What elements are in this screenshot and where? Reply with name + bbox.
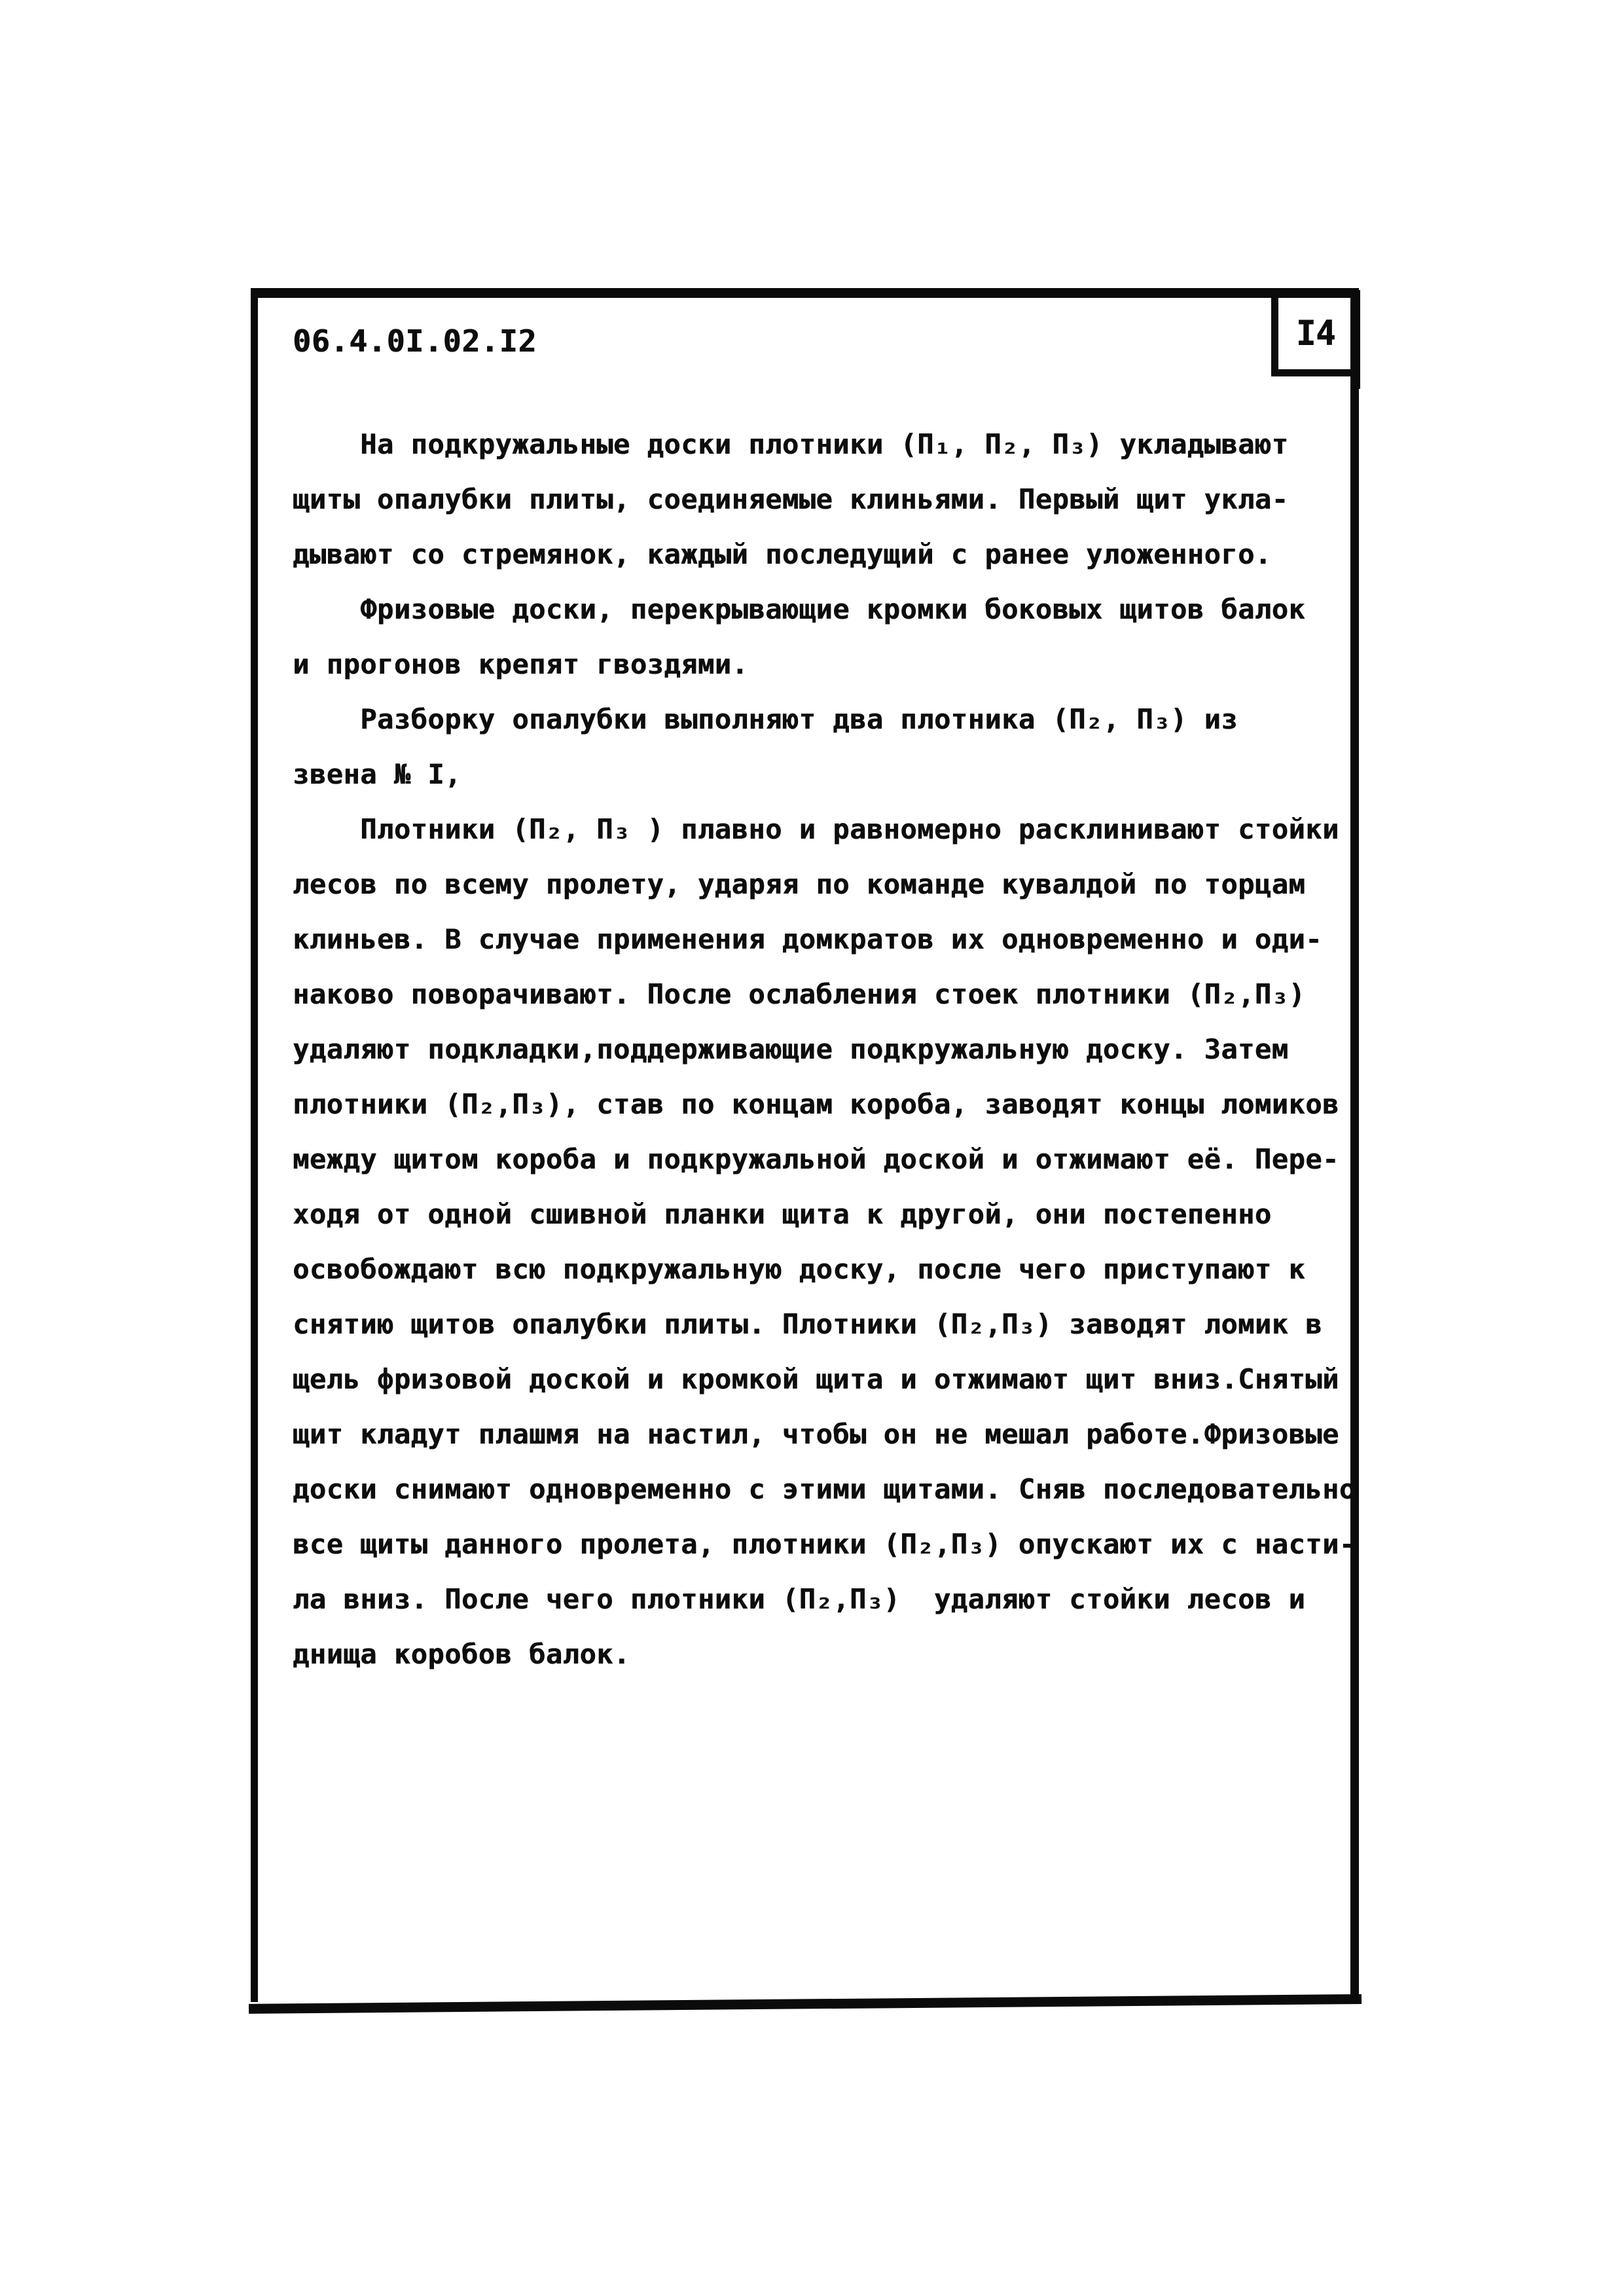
text-line: лесов по всему пролету, ударяя по команд… — [293, 857, 1356, 912]
text-line: Разборку опалубки выполняют два плотника… — [293, 692, 1356, 747]
text-line: дывают со стремянок, каждый последущий с… — [293, 527, 1356, 582]
text-line: плотники (П₂,П₃), став по концам короба,… — [293, 1077, 1356, 1132]
text-line: снятию щитов опалубки плиты. Плотники (П… — [293, 1297, 1356, 1352]
text-line: щиты опалубки плиты, соединяемые клиньям… — [293, 472, 1356, 527]
text-line: ла вниз. После чего плотники (П₂,П₃) уда… — [293, 1572, 1356, 1627]
text-line: ходя от одной сшивной планки щита к друг… — [293, 1187, 1356, 1242]
text-line: наково поворачивают. После ослабления ст… — [293, 967, 1356, 1022]
page-number: I4 — [1296, 314, 1335, 354]
text-line: На подкружальные доски плотники (П₁, П₂,… — [293, 417, 1356, 472]
text-line: щит кладут плашмя на настил, чтобы он не… — [293, 1407, 1356, 1462]
text-line: все щиты данного пролета, плотники (П₂,П… — [293, 1517, 1356, 1572]
text-line: удаляют подкладки,поддерживающие подкруж… — [293, 1022, 1356, 1077]
text-line: звена № I, — [293, 747, 1356, 802]
text-line: днища коробов балок. — [293, 1627, 1356, 1682]
text-line: Плотники (П₂, П₃ ) плавно и равномерно р… — [293, 802, 1356, 857]
document-code: 06.4.0I.02.I2 — [293, 323, 537, 359]
text-line: щель фризовой доской и кромкой щита и от… — [293, 1352, 1356, 1407]
scanned-page: 06.4.0I.02.I2 I4 На подкружальные доски … — [0, 0, 1624, 2296]
text-line: освобождают всю подкружальную доску, пос… — [293, 1242, 1356, 1297]
text-line: доски снимают одновременно с этими щитам… — [293, 1462, 1356, 1517]
text-line: и прогонов крепят гвоздями. — [293, 637, 1356, 692]
text-line: между щитом короба и подкружальной доско… — [293, 1132, 1356, 1187]
text-line: клиньев. В случае применения домкратов и… — [293, 912, 1356, 967]
page-number-box: I4 — [1271, 290, 1360, 376]
text-line: Фризовые доски, перекрывающие кромки бок… — [293, 582, 1356, 637]
body-text: На подкружальные доски плотники (П₁, П₂,… — [293, 417, 1356, 1682]
